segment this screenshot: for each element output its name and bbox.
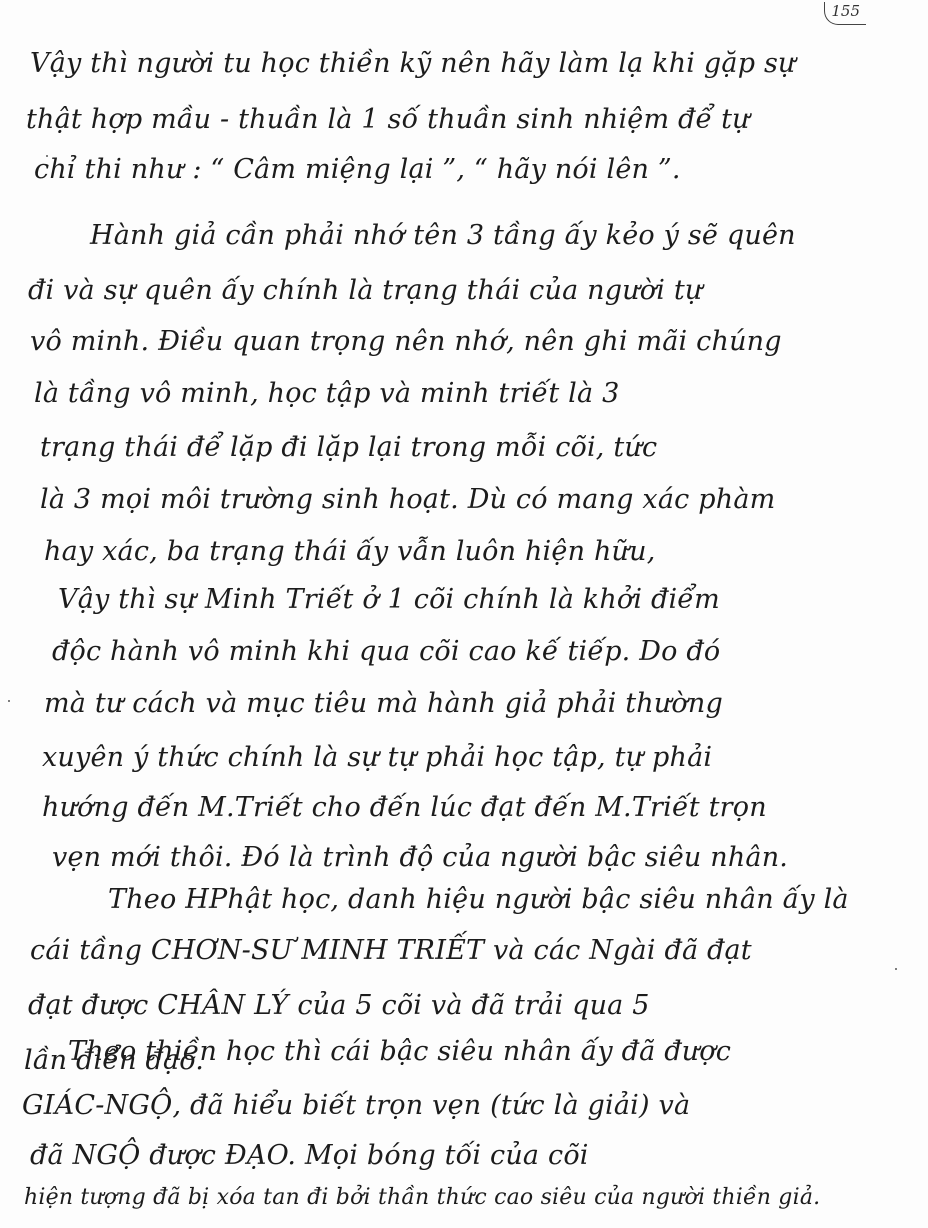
page-number: 155	[824, 2, 866, 25]
text-line: xuyên ý thức chính là sự tự phải học tập…	[42, 742, 712, 773]
text-line: đạt được CHÂN LÝ của 5 cõi và đã trải qu…	[28, 990, 650, 1021]
text-line: độc hành vô minh khi qua cõi cao kế tiếp…	[52, 636, 720, 667]
text-line: vẹn mới thôi. Đó là trình độ của người b…	[52, 842, 788, 873]
text-line: hay xác, ba trạng thái ấy vẫn luôn hiện …	[44, 536, 656, 567]
text-line: Theo thiền học thì cái bậc siêu nhân ấy …	[68, 1036, 731, 1067]
text-line: đi và sự quên ấy chính là trạng thái của…	[28, 275, 703, 306]
text-line: đã NGỘ được ĐẠO. Mọi bóng tối của cõi	[30, 1140, 589, 1171]
text-line: Vậy thì sự Minh Triết ở 1 cõi chính là k…	[58, 584, 720, 615]
text-line: Vậy thì người tu học thiền kỹ nên hãy là…	[30, 48, 796, 79]
text-line: vô minh. Điều quan trọng nên nhớ, nên gh…	[30, 326, 782, 357]
text-line: hiện tượng đã bị xóa tan đi bởi thần thứ…	[24, 1185, 820, 1210]
text-line: chỉ thi như : “ Câm miệng lại ”, “ hãy n…	[34, 154, 681, 185]
handwritten-page: 155 Vậy thì người tu học thiền kỹ nên hã…	[0, 0, 928, 1228]
text-line: hướng đến M.Triết cho đến lúc đạt đến M.…	[42, 792, 767, 823]
text-line: trạng thái để lặp đi lặp lại trong mỗi c…	[40, 432, 657, 463]
text-line: là 3 mọi môi trường sinh hoạt. Dù có man…	[40, 484, 775, 515]
text-line: Theo HPhật học, danh hiệu người bậc siêu…	[108, 884, 849, 915]
text-line: mà tư cách và mục tiêu mà hành giả phải …	[44, 688, 723, 719]
text-line: thật hợp mầu - thuần là 1 số thuần sinh …	[26, 104, 750, 135]
text-line: là tầng vô minh, học tập và minh triết l…	[34, 378, 619, 409]
text-line: cái tầng CHƠN-SƯ MINH TRIẾT và các Ngài …	[30, 935, 752, 966]
text-line: Hành giả cần phải nhớ tên 3 tầng ấy kẻo …	[90, 220, 796, 251]
text-line: GIÁC-NGỘ, đã hiểu biết trọn vẹn (tức là …	[22, 1090, 690, 1121]
scan-speck	[895, 968, 897, 970]
scan-speck	[46, 155, 48, 157]
scan-speck	[8, 700, 10, 702]
